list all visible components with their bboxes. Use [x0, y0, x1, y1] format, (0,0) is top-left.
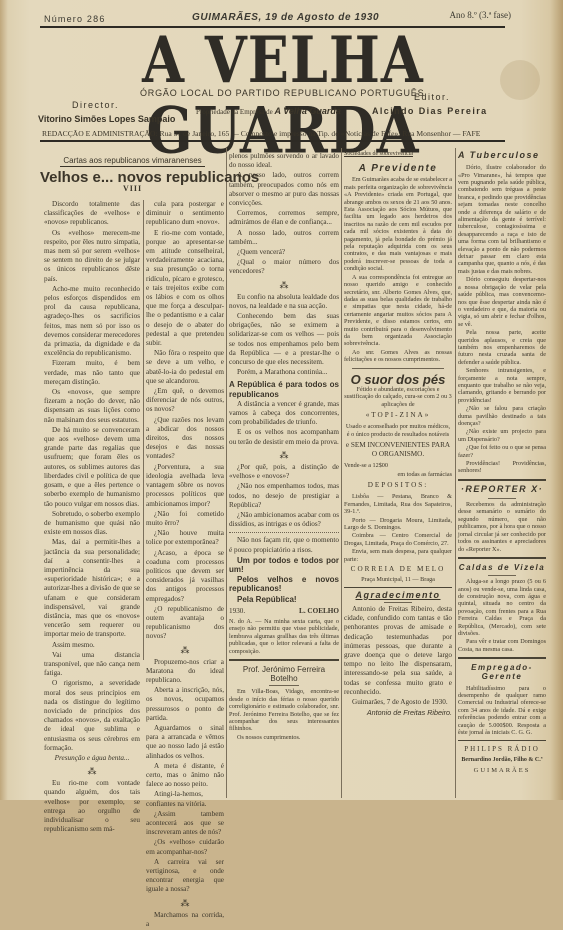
paragraph: E rio-me com vontade, porque ao apresent…: [146, 229, 224, 349]
ad-product: «TOPI-ZINA»: [344, 411, 452, 420]
paragraph: Corremos, corremos sempre, admirámos de …: [229, 209, 339, 227]
ownership-line: Propriedade da Emprêsa de A Velha Guarda: [196, 106, 341, 116]
short-rule: [488, 575, 516, 576]
agradecimento-notice: Agradecimento Antonio de Freitas Ribeiro…: [344, 591, 452, 718]
notice-headline: Agradecimento: [344, 591, 452, 600]
paragraph: Porém, a Marathona continúa...: [229, 368, 339, 377]
section-rule: [352, 368, 444, 369]
dotted-divider: [229, 532, 339, 533]
ad-firm-address: Praça Municipal, 11 — Braga: [344, 576, 452, 583]
motto: Presunção e água benta...: [44, 754, 140, 763]
section-dots: ⁂: [146, 645, 224, 655]
signature-year: 1930.: [229, 607, 245, 616]
column-divider: [341, 148, 342, 798]
ad-text: Envia, sem mais despesa, para qualquer p…: [344, 548, 452, 563]
column-5: A Tuberculose Dório, ilustre colaborador…: [458, 150, 546, 776]
paragraph: De há muito se convenceram que aos «velh…: [44, 426, 140, 509]
paragraph: A nosso lado, outros correm também, preo…: [229, 171, 339, 208]
section-rule: [458, 657, 546, 659]
short-rule: [269, 685, 299, 686]
slogan: Pelos velhos e novos republicanos!: [229, 575, 339, 593]
section-kicker: Sociedades de sobrevivência: [344, 150, 452, 159]
signature-author: L. COELHO: [299, 607, 339, 616]
short-rule: [488, 498, 516, 499]
owner-prefix: Propriedade da Emprêsa de: [196, 108, 273, 116]
ad-depot: Porto — Drogaria Moura, Limitada, Largo …: [344, 517, 452, 532]
slogan: Um por todos e todos por um!: [229, 556, 339, 574]
paragraph: Pela nossa parte, aceite queridos aplaus…: [458, 329, 546, 366]
short-rule: [384, 602, 412, 603]
editor-name: Alcindo Dias Pereira: [372, 106, 488, 116]
ad-firm: CORREIA DE MELO: [344, 565, 452, 574]
paragraph: Propuzemo-nos criar a Maratona do ideal …: [146, 658, 224, 686]
tuberculose-headline: A Tuberculose: [458, 151, 546, 160]
section-rule: [458, 740, 546, 741]
section-rule: [458, 557, 546, 559]
paragraph: Assim mesmo.: [44, 641, 140, 650]
newspaper-page: Número 286 GUIMARÃES, 19 de Agosto de 19…: [0, 0, 563, 800]
column-divider: [455, 148, 456, 798]
paragraph: Os «novos», que sempre fizeram a noção d…: [44, 388, 140, 425]
paragraph: ¿Qual o maior número dos vencedores?: [229, 258, 339, 276]
article-signature: 1930. L. COELHO: [229, 607, 339, 616]
subheading: A República é para todos os republicanos: [229, 380, 339, 398]
paragraph: ¿Em quê, o devemos diferenciar de nós ou…: [146, 387, 224, 415]
paragraph: ¿Não nos empenhamos todos, mas todos, no…: [229, 482, 339, 510]
paragraph: Ao snr. Gomes Alves as nossas felicitaçõ…: [344, 349, 452, 364]
paragraph: ¿Quem vencerá?: [229, 248, 339, 257]
paragraph: Aluga-se a longo prazo (5 ou 6 anos) ou …: [458, 578, 546, 637]
caldas-headline: Caldas de Vizela: [458, 563, 546, 572]
main-article-column-3: plenos pulmões sorvendo o ar lavado do n…: [229, 152, 339, 742]
paragraph: A distância a vencer é grande, mas vamos…: [229, 400, 339, 428]
notice-date: Guimarães, 7 de Agosto de 1930.: [344, 698, 452, 707]
ad-depot: Lisbôa — Pestana, Branco & Fernandes, Li…: [344, 493, 452, 515]
slogan: Pela República!: [229, 595, 339, 604]
section-rule: [344, 587, 452, 588]
article-kicker: Cartas aos republicanos vimaranenses: [60, 156, 205, 167]
philips-ad: PHILIPS RÁDIO Bernardino Jordão, Filho &…: [458, 745, 546, 775]
paragraph: Mas, daí a permitir-lhes a jactância da …: [44, 538, 140, 639]
paragraph: ¿Não se falou para criação duma pavilhão…: [458, 405, 546, 427]
section-dots: ⁂: [44, 766, 140, 776]
paragraph: Aberta a inscrição, nós, os novos, ocupa…: [146, 686, 224, 723]
paragraph: Para vêr e tratar com Domingos Costa, na…: [458, 638, 546, 653]
ad-claim: e SEM INCONVENIENTES PARA O ORGANISMO.: [344, 441, 452, 459]
volume-year: Ano 8.º (3.ª fase): [449, 10, 511, 20]
notice-text: Em Villa-Boas, Vidago, encontra-se desde…: [229, 688, 339, 732]
paragraph: A sua correspondência foi entregue ao no…: [344, 274, 452, 348]
paragraph: ¿Não existe um projecto para um Dispensá…: [458, 428, 546, 443]
paragraph: Sobretudo, o soberbo exemplo de humanism…: [44, 510, 140, 538]
author-note: N. do A. — Na minha sexta carta, que o e…: [229, 618, 339, 655]
paragraph: ¿Não houve muita tolice por extemporânea…: [146, 529, 224, 547]
section-dots: ⁂: [229, 450, 339, 460]
paragraph: ¿Não ambicionamos acabar com os dissídio…: [229, 511, 339, 529]
ad-text: Usado e aconselhado por muitos médicos, …: [344, 423, 452, 438]
paragraph: Não fôra o respeito que se deve a um vel…: [146, 349, 224, 386]
paragraph: cula para postergar e diminuir o sentime…: [146, 200, 224, 228]
paragraph: E os os velhos nos acompanham ou terão d…: [229, 428, 339, 446]
paragraph: Fizeram muito, é bem verdade, mas não ta…: [44, 359, 140, 387]
paragraph: Providências! Providências, senhores!: [458, 460, 546, 475]
main-article-header: Cartas aos republicanos vimaranenses Vel…: [40, 156, 225, 194]
paragraph: O rigorismo, a severidade moral dos seus…: [44, 679, 140, 753]
article-headline: Velhos e... novos republicanos: [40, 173, 225, 182]
main-article-column-2: cula para postergar e diminuir o sentime…: [146, 200, 224, 800]
paragraph: Discordo totalmente das classificações d…: [44, 200, 140, 228]
masthead-rule-bottom: [40, 140, 505, 142]
ad-headline: O suor dos pés: [344, 375, 452, 384]
section-rule: [458, 479, 546, 481]
ad-firm: Bernardino Jordão, Filho & C.ª: [458, 756, 546, 765]
paragraph: plenos pulmões sorvendo o ar lavado do n…: [229, 152, 339, 170]
reporter-headline: ·REPORTER X·: [458, 485, 546, 494]
paragraph: A nosso lado, outros correm também...: [229, 229, 339, 247]
paragraph: Habilitadíssimo para o desempenho de qua…: [458, 685, 546, 737]
ad-depots-title: DEPOSITOS:: [344, 481, 452, 490]
issue-number: Número 286: [44, 14, 106, 24]
paragraph: ¿Que razões nos levam a abdicar dos noss…: [146, 416, 224, 462]
paragraph: ¿Porventura, a sua ideologia avelhada le…: [146, 463, 224, 509]
paragraph: Não nos façam rir, que o momento é pouco…: [229, 536, 339, 554]
paragraph: Dório conseguiu despertar-nos a nossa ob…: [458, 276, 546, 328]
party-organ: ÓRGÃO LOCAL DO PARTIDO REPUBLICANO PORTU…: [140, 88, 424, 98]
empregado-headline: Empregado-Gerente: [458, 663, 546, 681]
main-article-column-1: Discordo totalmente das classificações d…: [44, 200, 140, 800]
ad-price: Vende-se a 12$00: [344, 462, 452, 469]
section-dots: ⁂: [229, 280, 339, 290]
owner-name: A Velha Guarda: [275, 106, 341, 116]
paragraph: ¿Que foi feito ou o que se pensa fazer?: [458, 444, 546, 459]
paragraph: Antonio de Freitas Ribeiro, desta cidade…: [344, 605, 452, 697]
paragraph: ¿Acaso, a época se coaduna com processos…: [146, 549, 224, 604]
previdente-headline: A Previdente: [344, 164, 452, 173]
paragraph: Dório, ilustre colaborador do «Pro Vimar…: [458, 164, 546, 275]
paragraph: Acho-me muito reconhecido pelos esforços…: [44, 285, 140, 359]
ad-price-where: em todas as farmácias: [344, 471, 452, 478]
paragraph: ¿O republicanismo de outem avantaja o re…: [146, 605, 224, 642]
topizina-ad: O suor dos pés Fétido e abundante, escor…: [344, 375, 452, 584]
column-divider: [226, 148, 227, 798]
notice-signature: Antonio de Freitas Ribeiro.: [344, 708, 452, 717]
director-name: Vitorino Simões Lopes Sampaio: [38, 114, 175, 124]
paragraph: Senhores intransigentes, e forçamente a …: [458, 367, 546, 404]
paragraph: Recebemos da administração desse semanár…: [458, 501, 546, 553]
ad-brand: PHILIPS RÁDIO: [458, 745, 546, 754]
paragraph: ¿Por quê, pois, a distinção de «velhos» …: [229, 463, 339, 481]
address-line: REDACÇÃO E ADMINISTRAÇÃO: Rua 31 de Jane…: [42, 129, 480, 138]
ad-city: GUIMARÃES: [458, 766, 546, 775]
paragraph: Vai uma distancia transponível, que não …: [44, 651, 140, 679]
paragraph: ¿Não foi cometido muito êrro?: [146, 510, 224, 528]
paragraph: Eu rio-me com vontade quando alguém, dos…: [44, 779, 140, 800]
notice-text: Os nossos cumprimentos.: [229, 734, 339, 741]
paragraph: Os «velhos» merecem-me respeito, por êle…: [44, 229, 140, 284]
editor-label: Editor.: [414, 92, 450, 102]
ad-depot: Coimbra — Centro Comercial de Drogas, Li…: [344, 532, 452, 547]
paragraph: Conhecendo bem das suas obrigações, não …: [229, 312, 339, 367]
column-4: Sociedades de sobrevivência A Previdente…: [344, 150, 452, 718]
paragraph: Aguardamos o sinal para a arrancada e vê…: [146, 724, 224, 761]
column-divider: [143, 200, 144, 660]
paragraph: Atingi-la-hemos, confiantes na vitória.: [146, 790, 224, 800]
section-rule: [229, 659, 339, 661]
paragraph: A meta é distante, é certo, mas o ânimo …: [146, 762, 224, 790]
director-label: Director.: [72, 100, 119, 110]
paragraph: Em Guimarães acaba de se estabelecer a m…: [344, 176, 452, 272]
notice-title: Prof. Jerónimo Ferreira Botelho: [229, 665, 339, 683]
ad-text: Fétido e abundante, escoriações e sustif…: [344, 386, 452, 408]
paragraph: Eu confio na absoluta lealdade dos novos…: [229, 293, 339, 311]
